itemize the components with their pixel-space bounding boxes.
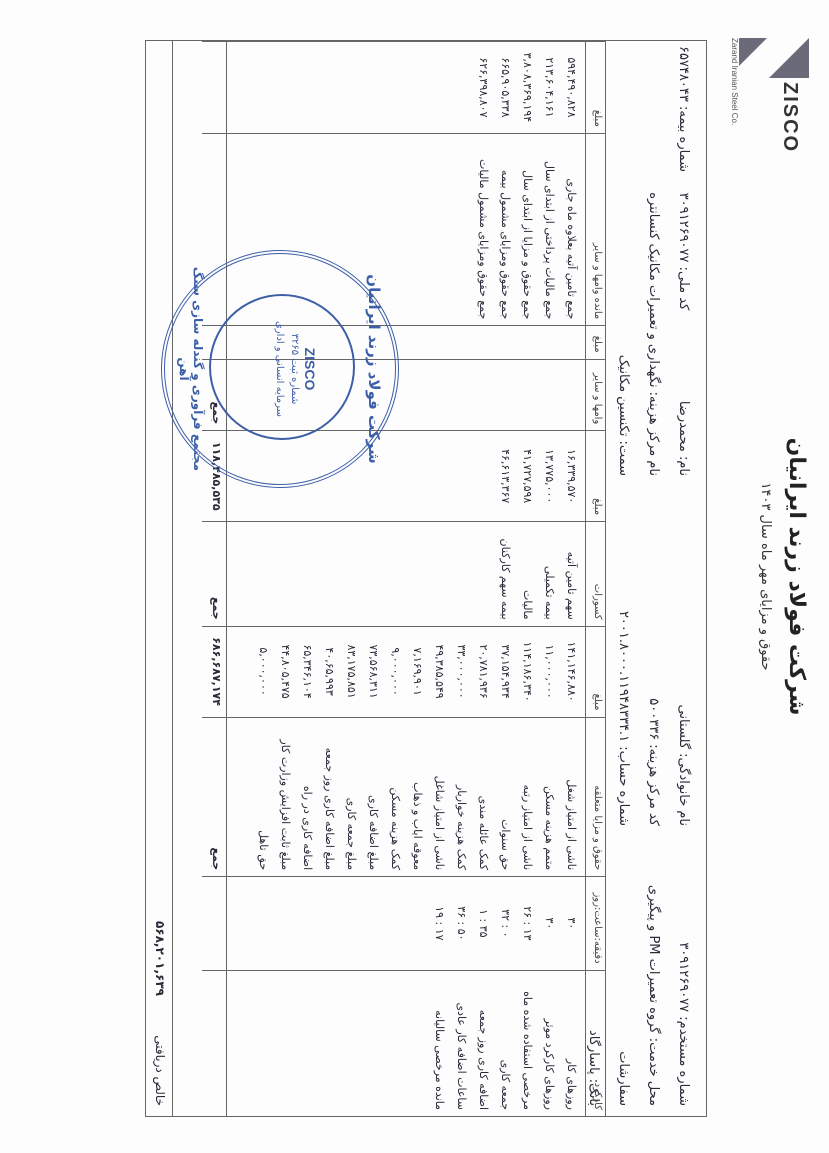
payslip-period: حقوق و مزایای مهر ماه سال ۱۴۰۳ <box>758 0 773 1153</box>
list-item: مالیات <box>516 528 538 620</box>
list-item: ۴۹,۳۸۵,۵۴۹ <box>428 633 450 711</box>
scanned-page: ZISCO Zarand Iranian Steel Co. شرکت فولا… <box>0 0 829 1153</box>
list-item: سهم تامین آتیه <box>560 528 582 620</box>
col-earnings: حقوق و مزایا متعلقه <box>586 717 607 877</box>
list-item: جمع مالیات پرداختی از ابتدای سال <box>538 140 560 319</box>
work-values: ۳۰۳۰۲۶ : ۱۳۳۲ : ۰۱ : ۳۵۳۶ : ۵۰۱۹ : ۱۷ <box>227 877 586 970</box>
list-item: ۹,۰۰۰,۰۰۰ <box>384 633 406 711</box>
list-item: ۳۰ <box>560 883 582 963</box>
col-balances: مانده وامها و سایر <box>586 133 607 325</box>
col-loans-amount: مبلغ <box>586 326 607 359</box>
payslip: ZISCO Zarand Iranian Steel Co. شرکت فولا… <box>0 0 829 1153</box>
last-name: نام خانوادگی: گلستانی <box>668 496 698 826</box>
list-item: ۳۳,۰۰۰,۰۰۰ <box>450 633 472 711</box>
col-loans: وامها و سایر <box>586 359 607 431</box>
list-item: مبلغ اضافه کاری <box>362 724 384 871</box>
list-item: کمک هزینه خواربار <box>450 724 472 871</box>
list-item: ۴۶,۶۱۳,۳۶۷ <box>494 437 516 515</box>
list-item: ۱۱,۰۰۰,۰۰۰ <box>538 633 560 711</box>
list-item: ۲۱۳,۶۰۴,۱۶۱ <box>538 48 560 127</box>
earnings-labels: ناشی از امتیاز شغلمتمم هزینه مسکنناشی از… <box>227 717 586 877</box>
list-item: حق سنوات <box>494 724 516 871</box>
info-column-3: نام: محمدرضا نام مرکز هزینه: نگهداری و ت… <box>608 56 698 476</box>
col-earnings-amount: مبلغ <box>586 626 607 717</box>
list-item: جمع حقوق ومزایای مشمول بیمه <box>494 140 516 319</box>
company-title: شرکت فولاد زرند ایرانیان <box>784 0 809 1153</box>
list-item: ناشی از امتیاز شغل <box>560 724 582 871</box>
list-item: مبلغ ثابت افزایش وزارت کار <box>274 724 296 871</box>
stamp-brand: ZISCO <box>302 254 317 484</box>
stamp-reg-number: شماره ثبت ۳۲۶۵ <box>287 254 302 484</box>
list-item: ۱۱۴,۱۸۶,۳۴۰ <box>516 633 538 711</box>
list-item: ۳,۸۰۸,۳۶۹,۱۹۴ <box>516 48 538 127</box>
earnings-total-label: جمع <box>202 717 227 877</box>
net-pay-value: ۵۶۸,۲۰۱,۶۳۹ <box>153 921 167 996</box>
col-deductions-amount: مبلغ <box>586 431 607 522</box>
list-item: جمع تامین آتیه بعلاوه ماه جاری <box>560 140 582 319</box>
position: سمت: تکنسین مکانیک <box>608 56 638 476</box>
list-item: ۷۳,۵۶۸,۳۱۱ <box>362 633 384 711</box>
list-item: متمم هزینه مسکن <box>538 724 560 871</box>
col-time: دقیقه:ساعت:روز <box>586 877 607 970</box>
list-item: ۸۳,۱۷۵,۸۵۱ <box>340 633 362 711</box>
stamp-ring-top: شرکت فولاد زرند ایرانیان <box>365 254 383 484</box>
list-item: مرخصی استفاده شده ماه <box>516 977 538 1110</box>
list-item: بیمه تکمیلی <box>538 528 560 620</box>
list-item: اضافه کاری روز جمعه <box>472 977 494 1110</box>
national-code: کد ملی: ۳۰۹۱۲۶۹۰۷۷ <box>676 193 691 311</box>
company-stamp: شرکت فولاد زرند ایرانیان ZISCO شماره ثبت… <box>161 250 399 488</box>
list-item: ۴۰,۶۵,۹۹۳ <box>318 633 340 711</box>
net-pay-label: خالص دریافتی <box>153 1035 167 1106</box>
list-item: ۱ : ۳۵ <box>472 883 494 963</box>
list-item: ۲۰,۷۸۱,۹۳۶ <box>472 633 494 711</box>
logo-english-name: Zarand Iranian Steel Co. <box>730 38 739 125</box>
list-item: ۵۹۴,۴۹۰,۸۲۸ <box>560 48 582 127</box>
stamp-department: سرمایه انسانی و اداری <box>272 254 287 484</box>
list-item: ۷,۱۶۹,۹۰۱ <box>406 633 428 711</box>
list-item: بیمه سهم کارکنان <box>494 528 516 620</box>
payslip-table: شماره مستخدم: ۳۰۹۱۲۶۹۰۷۷ محل خدمت: گروه … <box>145 40 707 1117</box>
deductions-total-label: جمع <box>202 522 227 627</box>
list-item: اضافه کاری در راه <box>296 724 318 871</box>
list-item: ۳۲ : ۰ <box>494 883 516 963</box>
col-work: کارکرد <box>586 970 607 1116</box>
stamp-ring-bottom: مجتمع فرآوری و گندله سازی سنگ آهن <box>177 254 205 484</box>
list-item: ۶۶۵,۹۰۵,۳۳۸ <box>494 48 516 127</box>
net-pay-row: خالص دریافتی ۵۶۸,۲۰۱,۶۳۹ <box>146 41 173 1116</box>
service-place: محل خدمت: گروه تعمیرات PM و پیگیری سفارش… <box>608 846 668 1106</box>
list-item: مبلغ اضافه کاری روز جمعه <box>318 724 340 871</box>
work-labels: روزهای کارروزهای کارکرد موثرمرخصی استفاد… <box>227 970 586 1116</box>
list-item: کمک عائله مندی <box>472 724 494 871</box>
list-item: حق تاهل <box>252 724 274 871</box>
deductions-labels: سهم تامین آتیهبیمه تکمیلیمالیاتبیمه سهم … <box>227 522 586 627</box>
list-item: ۶۲۶,۳۹۸,۸۰۷ <box>472 48 494 127</box>
earnings-values: ۱۴۱,۱۴۶,۸۸۰۱۱,۰۰۰,۰۰۰۱۱۴,۱۸۶,۳۴۰۳۷,۱۵۴,۹… <box>227 626 586 717</box>
list-item: ۲۶ : ۱۳ <box>516 883 538 963</box>
list-item: ۳۶ : ۵۰ <box>450 883 472 963</box>
list-item: معوقه ایاب و ذهاب <box>406 724 428 871</box>
totals-row: جمع ۶۸۶,۶۸۷,۱۷۴ جمع ۱۱۸,۴۸۵,۵۳۵ جمع <box>202 42 227 1117</box>
list-item: ناشی از امتیاز شاغل <box>428 724 450 871</box>
list-item: روزهای کارکرد موثر <box>538 977 560 1110</box>
list-item: ۵,۰۰۰,۰۰۰ <box>252 633 274 711</box>
earnings-total: ۶۸۶,۶۸۷,۱۷۴ <box>202 626 227 717</box>
list-item: کمک هزینه مسکن <box>384 724 406 871</box>
balances-values: ۵۹۴,۴۹۰,۸۲۸۲۱۳,۶۰۴,۱۶۱۳,۸۰۸,۳۶۹,۱۹۴۶۶۵,۹… <box>227 42 586 134</box>
cost-center-name: نام مرکز هزینه: نگهداری و تعمیرات مکانیک… <box>638 56 668 476</box>
list-item: ۶۵,۳۴۶,۱۰۴ <box>296 633 318 711</box>
list-item: ۳۷,۱۵۴,۹۳۴ <box>494 633 516 711</box>
list-item: ۱۳,۷۷۵,۰۰۰ <box>538 437 560 515</box>
list-item: جمع حقوق ومزایای مشمول مالیات <box>472 140 494 319</box>
employee-info: شماره مستخدم: ۳۰۹۱۲۶۹۰۷۷ محل خدمت: گروه … <box>605 41 706 1116</box>
user-number: شماره مستخدم: ۳۰۹۱۲۶۹۰۷۷ <box>668 846 698 1106</box>
list-item: جمعه کاری <box>494 977 516 1110</box>
info-column-2: نام خانوادگی: گلستانی کد مرکز هزینه: ۵۰۰… <box>608 496 698 826</box>
col-deductions: کسورات <box>586 522 607 627</box>
list-item: ۱۹ : ۱۷ <box>428 883 450 963</box>
list-item: مبلغ جمعه کاری <box>340 724 362 871</box>
list-item: جمع حقوق و مزایا از ابتدای سال <box>516 140 538 319</box>
insurance-number: شماره بیمه: ۶۵۷۴۸۰۴۳ <box>676 46 691 172</box>
list-item: ۱۶,۳۳۹,۵۷۰ <box>560 437 582 515</box>
list-item: ۴۱,۷۲۷,۵۹۸ <box>516 437 538 515</box>
list-item: ناشی از امتیاز رتبه <box>516 724 538 871</box>
account-number: شماره حساب: ۲۰۰۱.۸۰۰۰.۱۱۹۴۸۳۳۴.۱ <box>608 496 638 826</box>
col-balances-amount: مبلغ <box>586 42 607 134</box>
cost-center-code: کد مرکز هزینه: ۵۰۰۳۳۶ <box>638 496 668 826</box>
payslip-grid: کارکرد دقیقه:ساعت:روز حقوق و مزایا متعلق… <box>202 41 606 1116</box>
list-item: ۱۴۱,۱۴۶,۸۸۰ <box>560 633 582 711</box>
list-item: مانده مرخصی سالیانه <box>428 977 450 1110</box>
list-item: ساعات اضافه کار عادی <box>450 977 472 1110</box>
list-item: روزهای کار <box>560 977 582 1110</box>
stamp-center: ZISCO شماره ثبت ۳۲۶۵ سرمایه انسانی و ادا… <box>272 254 317 484</box>
list-item: ۳۰ <box>538 883 560 963</box>
list-item: ۴۴,۸۰۵,۴۷۵ <box>274 633 296 711</box>
